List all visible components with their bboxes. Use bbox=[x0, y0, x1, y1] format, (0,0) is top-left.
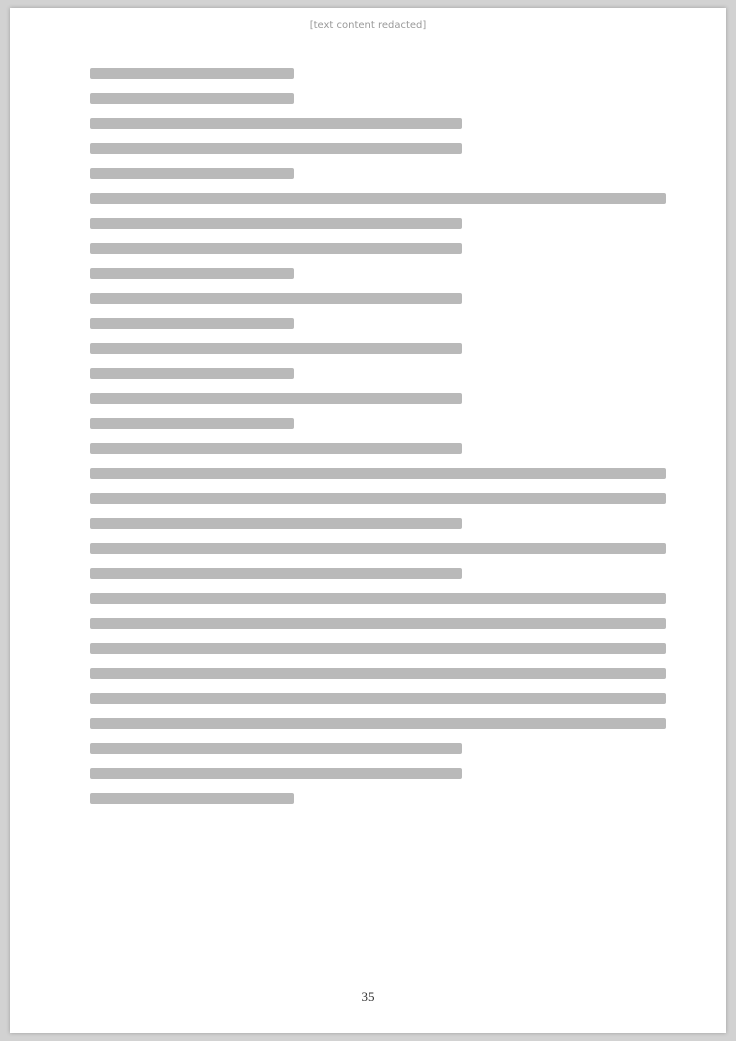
redacted-text-line bbox=[90, 318, 294, 329]
redacted-text-line bbox=[90, 143, 462, 154]
redacted-text-line bbox=[90, 768, 462, 779]
redacted-text-line bbox=[90, 518, 462, 529]
redacted-text-line bbox=[90, 168, 294, 179]
redacted-text-line bbox=[90, 618, 666, 629]
redacted-text-line bbox=[90, 218, 462, 229]
redacted-text-line bbox=[90, 418, 294, 429]
redacted-text-line bbox=[90, 368, 294, 379]
redacted-text-line bbox=[90, 93, 294, 104]
page-number: 35 bbox=[10, 989, 726, 1005]
redacted-text-line bbox=[90, 243, 462, 254]
page-content bbox=[68, 68, 668, 963]
redacted-text-line bbox=[90, 293, 462, 304]
redacted-text-line bbox=[90, 643, 666, 654]
redacted-text-line bbox=[90, 693, 666, 704]
redacted-text-line bbox=[90, 668, 666, 679]
redacted-text-line bbox=[90, 468, 666, 479]
document-viewer: [text content redacted] 35 bbox=[0, 0, 736, 1041]
redacted-text-line bbox=[90, 343, 462, 354]
redacted-text-line bbox=[90, 543, 666, 554]
redacted-text-line bbox=[90, 568, 462, 579]
redacted-text-line bbox=[90, 593, 666, 604]
redacted-text-line bbox=[90, 793, 294, 804]
redacted-text-line bbox=[90, 718, 666, 729]
redacted-text-line bbox=[90, 443, 462, 454]
redacted-text-line bbox=[90, 493, 666, 504]
redacted-text-line bbox=[90, 743, 462, 754]
redacted-text-line bbox=[90, 393, 462, 404]
redacted-text-line bbox=[90, 68, 294, 79]
redacted-text-line bbox=[90, 193, 666, 204]
document-page: [text content redacted] 35 bbox=[10, 8, 726, 1033]
redacted-text-line bbox=[90, 268, 294, 279]
redacted-text-line bbox=[90, 118, 462, 129]
redaction-note: [text content redacted] bbox=[10, 20, 726, 31]
